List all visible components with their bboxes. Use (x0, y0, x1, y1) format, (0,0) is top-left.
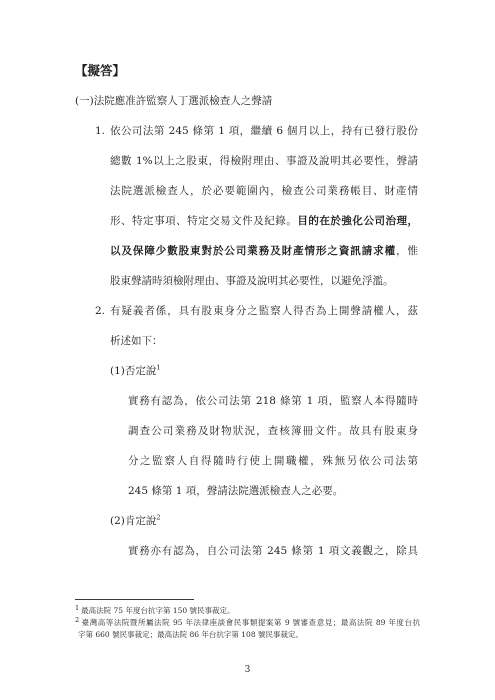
footnote-2-text: 臺灣高等法院暨所屬法院 95 年法律座談會民事類提案第 9 號審查意見；最高法院… (81, 618, 420, 627)
point1-number: 1. (95, 116, 105, 146)
footnote-2: 2臺灣高等法院暨所屬法院 95 年法律座談會民事類提案第 9 號審查意見；最高法… (75, 617, 420, 629)
sub2-line-1: 實務亦有認為，自公司法第 245 條第 1 項文義觀之，除具 (75, 536, 418, 566)
sub1-label: (1)否定說 (110, 365, 156, 377)
point1-emphasis-text: 目的在於強化公司治理， (297, 215, 418, 227)
answer-body: 【擬答】 (一)法院應准許監察人丁選派檢查人之聲請 1. 依公司法第 245 條… (75, 56, 418, 566)
point2-number: 2. (95, 296, 105, 326)
point1-emphasis-text: 以及保障少數股東對於公司業務及財產情形之資訊請求權 (110, 245, 396, 257)
point1-text: 形、特定事項、特定交易文件及紀錄。 (110, 215, 297, 227)
sub1-line-2: 調查公司業務及財物狀況，查核簿冊文件。故具有股東身 (75, 416, 418, 446)
point1-line-5: 以及保障少數股東對於公司業務及財產情形之資訊請求權，惟 (75, 236, 418, 266)
point1-line-3: 法院選派檢查人，於必要範圍內，檢查公司業務帳目、財產情 (75, 176, 418, 206)
footnote-2-continuation: 字第 660 號民事裁定；最高法院 86 年台抗字第 108 號民事裁定。 (75, 629, 420, 641)
footnote-1-marker: 1 (75, 604, 79, 612)
footnote-1: 1最高法院 75 年度台抗字第 150 號民事裁定。 (75, 605, 420, 617)
footnote-reference-2: 2 (156, 514, 160, 522)
footnote-1-text: 最高法院 75 年度台抗字第 150 號民事裁定。 (81, 606, 234, 615)
point2-line-1: 2. 有疑義者係，具有股東身分之監察人得否為上開聲請權人，茲 (75, 296, 418, 326)
point1-line-1: 1. 依公司法第 245 條第 1 項，繼續 6 個月以上，持有已發行股份 (75, 116, 418, 146)
sub1-line-3: 分之監察人自得隨時行使上開職權，殊無另依公司法第 (75, 446, 418, 476)
point2-text: 有疑義者係，具有股東身分之監察人得否為上開聲請權人，茲 (110, 305, 418, 317)
document-page: 【擬答】 (一)法院應准許監察人丁選派檢查人之聲請 1. 依公司法第 245 條… (0, 0, 495, 700)
page-number: 3 (0, 663, 495, 677)
sub1-line-1: 實務有認為，依公司法第 218 條第 1 項，監察人本得隨時 (75, 386, 418, 416)
sub1-line-4: 245 條第 1 項，聲請法院選派檢查人之必要。 (75, 476, 418, 506)
sub2-heading: (2)肯定說2 (75, 506, 418, 536)
footnote-reference-1: 1 (156, 364, 160, 372)
point1-line-4: 形、特定事項、特定交易文件及紀錄。目的在於強化公司治理， (75, 206, 418, 236)
section-heading: (一)法院應准許監察人丁選派檢查人之聲請 (75, 86, 418, 116)
footnote-2-marker: 2 (75, 616, 79, 624)
point1-line-6: 股東聲請時須檢附理由、事證及說明其必要性，以避免浮濫。 (75, 266, 418, 296)
footnote-divider (75, 599, 194, 600)
answer-title: 【擬答】 (75, 56, 418, 86)
point1-line-2: 總數 1%以上之股東，得檢附理由、事證及說明其必要性，聲請 (75, 146, 418, 176)
sub1-heading: (1)否定說1 (75, 356, 418, 386)
point1-text: ，惟 (396, 245, 418, 257)
point2-line-2: 析述如下： (75, 326, 418, 356)
footnotes: 1最高法院 75 年度台抗字第 150 號民事裁定。 2臺灣高等法院暨所屬法院 … (75, 599, 420, 641)
point1-text: 依公司法第 245 條第 1 項，繼續 6 個月以上，持有已發行股份 (110, 125, 418, 137)
sub2-label: (2)肯定說 (110, 515, 156, 527)
